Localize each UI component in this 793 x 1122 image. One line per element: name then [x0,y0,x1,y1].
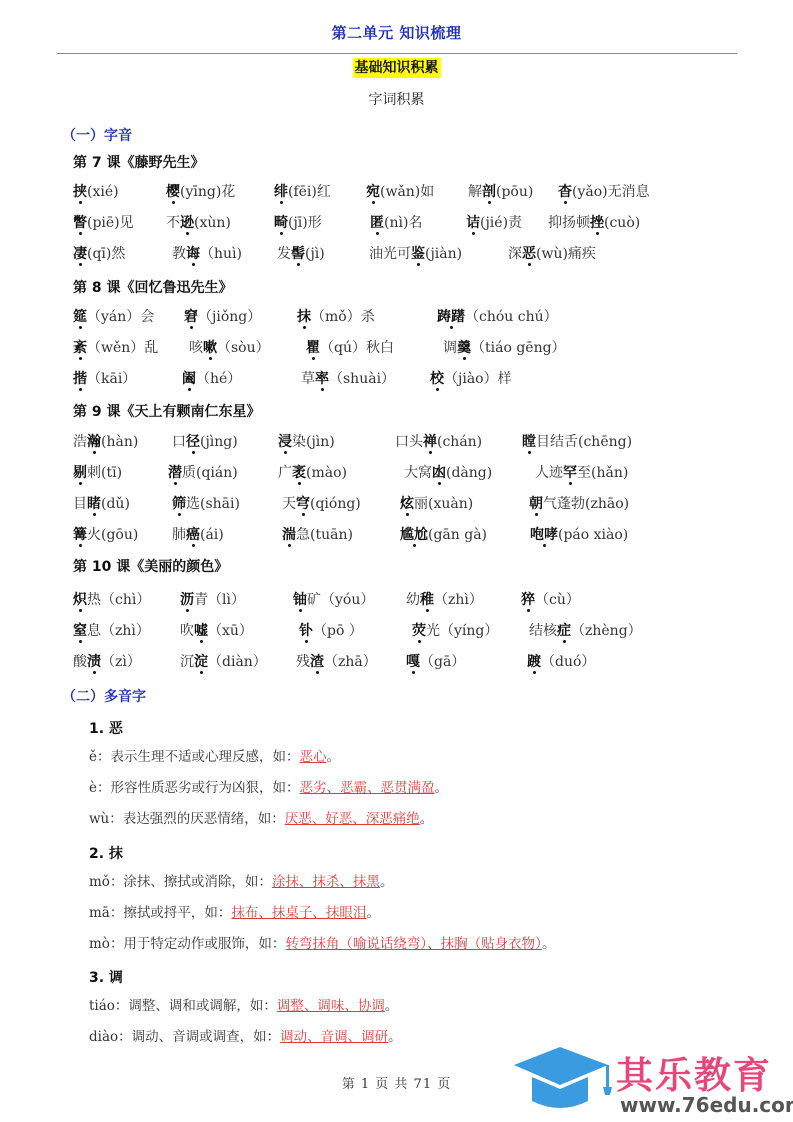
polyphone-reading: tiáo：调整、调和或调解，如：调整、调味、协调。 [89,996,398,1016]
polyphone-reading: ě：表示生理不适或心理反感，如：恶心。 [89,747,340,767]
polyphone-reading: è：形容性质恶劣或行为凶狠，如：恶劣、恶霸、恶贯满盈。 [89,778,448,798]
word-entry: 浸染(jìn) [278,432,335,452]
polyphone-reading: mò：用于特定动作或服饰，如：转弯抹角（喻说话绕弯）、抹胸（贴身衣物）。 [89,934,555,954]
word-entry: 残渣（zhā） [296,652,377,672]
word-entry: 窒息（zhì） [73,621,150,641]
lesson-7-row-1: 挟(xié) 樱(yīng)花 绯(fēi)红 宛(wǎn)如 解剖(pōu) … [0,182,793,204]
word-entry: 吹嘘（xū） [180,621,253,641]
word-entry: 剔刺(tī) [73,463,122,483]
word-entry: 校（jiào）样 [430,369,512,389]
polyphone-reading: diào：调动、音调或调查，如：调动、音调、调研。 [89,1027,402,1047]
lesson-7-title: 第 7 课《藤野先生》 [73,152,205,172]
section-banner-label: 基础知识积累 [353,58,441,78]
example-words: 涂抹、抹杀、抹黑 [272,874,380,890]
word-entry: 抑扬顿挫(cuò) [548,213,640,233]
word-entry: 肺癌(ái) [172,525,224,545]
word-entry: 口头禅(chán) [395,432,482,452]
lesson-10-title: 第 10 课《美丽的颜色》 [73,556,228,576]
word-entry: 抹（mǒ）杀 [297,307,375,327]
word-entry: 嘎（gā） [406,652,465,672]
lesson-8-row-2: 紊（wěn）乱 咳嗽（sòu） 瞿（qú）秋白 调羹（tiáo gēng） [0,338,793,360]
example-words: 抹布、抹桌子、抹眼泪 [231,905,366,921]
word-entry: 凄(qī)然 [73,244,125,264]
lesson-10-row-1: 炽热（chì） 沥青（lì） 铀矿（yóu） 幼稚（zhì） 猝（cù） [0,590,793,612]
lesson-7-row-3: 凄(qī)然 教诲（huì) 发髻(jì) 油光可鉴(jiàn) 深恶(wù)痛… [0,244,793,266]
polyphone-item-title: 1. 恶 [89,718,123,738]
word-entry: 炽热（chì） [73,590,150,610]
word-entry: 阖（hé） [182,369,241,389]
example-words: 转弯抹角（喻说话绕弯）、抹胸（贴身衣物） [285,936,542,952]
lesson-9-row-3: 目睹(dǔ) 筛选(shāi) 天穹(qióng) 炫丽(xuàn) 朝气蓬勃(… [0,494,793,516]
word-entry: 揩（kāi） [73,369,136,389]
word-entry: 樱(yīng)花 [166,182,235,202]
word-entry: 天穹(qióng) [282,494,361,514]
word-entry: 挟(xié) [73,182,119,202]
polyphone-reading: wù：表达强烈的厌恶情绪，如：厌恶、好恶、深恶痛绝。 [89,809,433,829]
word-entry: 口径(jìng) [172,432,238,452]
word-entry: 发髻(jì) [277,244,325,264]
example-words: 调动、音调、调研 [280,1029,388,1045]
polyphone-item-title: 2. 抹 [89,843,123,863]
word-entry: 解剖(pōu) [468,182,533,202]
word-entry: 咳嗽（sòu） [189,338,270,358]
polyphone-reading: mā：擦拭或捋平，如：抹布、抹桌子、抹眼泪。 [89,903,380,923]
word-entry: 沥青（lì） [180,590,245,610]
lesson-10-row-2: 窒息（zhì） 吹嘘（xū） 钋（pō ） 荧光（yíng） 结核症（zhèng… [0,621,793,643]
example-words: 恶劣、恶霸、恶贯满盈 [300,780,435,796]
word-entry: 铀矿（yóu） [293,590,374,610]
word-entry: 结核症（zhèng） [529,621,642,641]
word-entry: 宛(wǎn)如 [366,182,434,202]
word-entry: 畸(jī)形 [274,213,322,233]
word-entry: 猝（cù） [521,590,580,610]
watermark-logo: 其乐教育 www.76edu.com [510,1043,793,1122]
word-entry: 目睹(dǔ) [73,494,130,514]
word-entry: 绯(fēi)红 [274,182,331,202]
document-header-title: 第二单元 知识梳理 [0,22,793,43]
word-entry: 沉淀（diàn） [180,652,267,672]
word-entry: 尴尬(gān gà) [400,525,487,545]
lesson-9-row-2: 剔刺(tī) 潜质(qián) 广袤(mào) 大窝凼(dàng) 人迹罕至(h… [0,463,793,485]
word-entry: 深恶(wù)痛疾 [508,244,596,264]
example-words: 恶心 [300,749,327,765]
word-entry: 广袤(mào) [278,463,347,483]
lesson-8-row-1: 筵（yán）会 窘（jiǒng） 抹（mǒ）杀 踌躇（chóu chú） [0,307,793,329]
word-entry: 荧光（yíng） [412,621,498,641]
lesson-9-row-4: 篝火(gōu) 肺癌(ái) 湍急(tuān) 尴尬(gān gà) 咆哮(pá… [0,525,793,547]
word-entry: 酸渍（zì） [73,652,141,672]
word-entry: 杳(yǎo)无消息 [558,182,650,202]
word-entry: 油光可鉴(jiàn) [369,244,462,264]
word-entry: 踱（duó） [527,652,595,672]
word-entry: 紊（wěn）乱 [73,338,158,358]
word-entry: 筛选(shāi) [172,494,240,514]
header-divider [57,53,737,54]
graduation-cap-icon [510,1043,620,1118]
lesson-9-row-1: 浩瀚(hàn) 口径(jìng) 浸染(jìn) 口头禅(chán) 瞠目结舌(… [0,432,793,454]
watermark-url: www.76edu.com [620,1093,793,1117]
example-words: 厌恶、好恶、深恶痛绝 [285,811,420,827]
word-entry: 诘(jié)责 [466,213,522,233]
word-entry: 幼稚（zhì） [406,590,483,610]
polyphone-item-title: 3. 调 [89,967,123,987]
word-entry: 钋（pō ） [299,621,363,641]
word-entry: 瞥(piē)见 [73,213,134,233]
word-entry: 不逊(xùn) [166,213,231,233]
lesson-9-title: 第 9 课《天上有颗南仁东星》 [73,401,261,421]
lesson-10-row-3: 酸渍（zì） 沉淀（diàn） 残渣（zhā） 嘎（gā） 踱（duó） [0,652,793,674]
word-entry: 瞿（qú）秋白 [306,338,394,358]
word-entry: 大窝凼(dàng) [404,463,492,483]
word-entry: 瞠目结舌(chēng) [522,432,632,452]
lesson-8-title: 第 8 课《回忆鲁迅先生》 [73,277,233,297]
word-entry: 炫丽(xuàn) [400,494,473,514]
word-entry: 湍急(tuān) [282,525,353,545]
watermark-brand-name: 其乐教育 [616,1045,772,1099]
pronunciation-heading: （一）字音 [62,125,132,145]
word-entry: 教诲（huì) [172,244,242,264]
polyphone-reading: mǒ：涂抹、擦拭或消除，如：涂抹、抹杀、抹黑。 [89,872,393,892]
word-entry: 浩瀚(hàn) [73,432,138,452]
word-entry: 匿(nì)名 [370,213,422,233]
word-entry: 窘（jiǒng） [184,307,261,327]
word-entry: 咆哮(páo xiào) [530,525,628,545]
word-entry: 踌躇（chóu chú） [437,307,558,327]
word-entry: 篝火(gōu) [73,525,138,545]
example-words: 调整、调味、协调 [277,998,385,1014]
word-entry: 调羹（tiáo gēng） [443,338,566,358]
word-entry: 筵（yán）会 [73,307,154,327]
section-subtitle: 字词积累 [0,89,793,109]
polyphones-heading: （二）多音字 [62,686,146,706]
section-banner: 基础知识积累 [0,57,793,78]
word-entry: 朝气蓬勃(zhāo) [529,494,629,514]
word-entry: 潜质(qián) [168,463,238,483]
lesson-8-row-3: 揩（kāi） 阖（hé） 草率（shuài） 校（jiào）样 [0,369,793,391]
word-entry: 人迹罕至(hǎn) [535,463,628,483]
word-entry: 草率（shuài） [301,369,395,389]
lesson-7-row-2: 瞥(piē)见 不逊(xùn) 畸(jī)形 匿(nì)名 诘(jié)责 抑扬… [0,213,793,235]
